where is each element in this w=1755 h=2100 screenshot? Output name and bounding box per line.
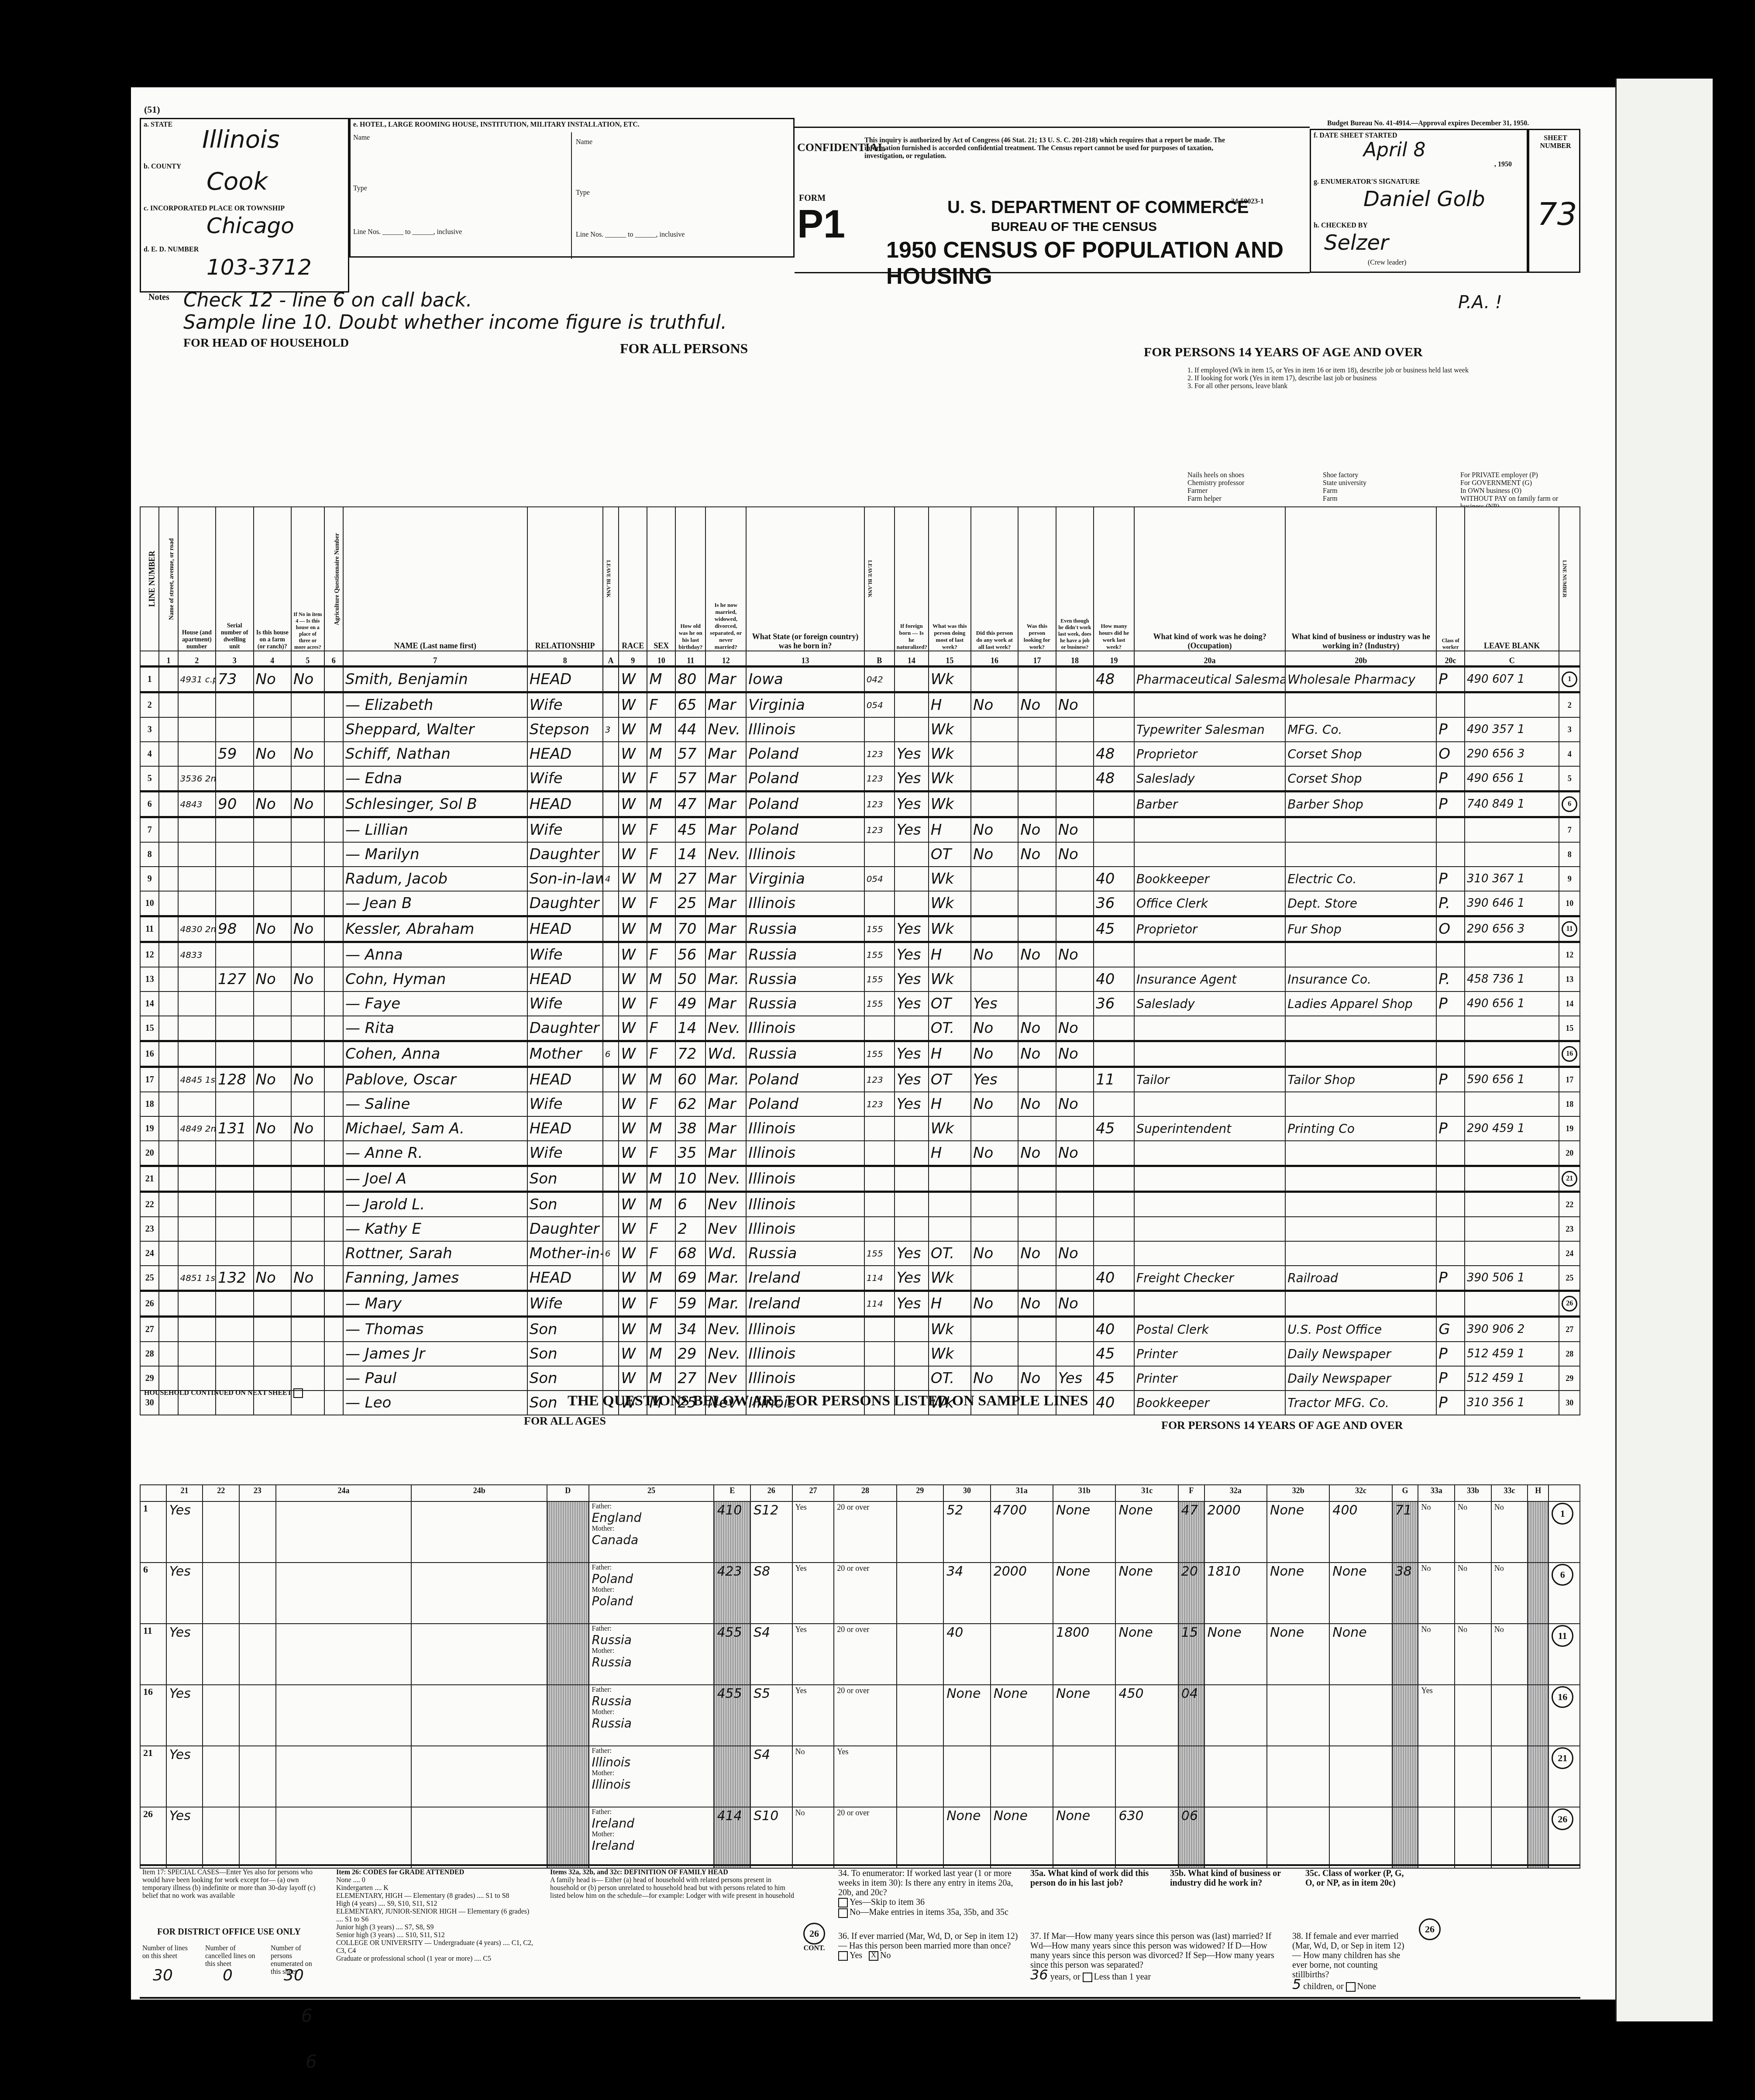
activity[interactable]: Wk bbox=[929, 792, 971, 817]
birthplace[interactable]: Poland bbox=[746, 766, 864, 792]
age[interactable]: 45 bbox=[675, 817, 705, 843]
naturalized[interactable]: Yes bbox=[895, 817, 929, 843]
has-job[interactable] bbox=[1056, 1192, 1094, 1217]
looking-for-work[interactable] bbox=[1018, 792, 1056, 817]
industry[interactable] bbox=[1285, 942, 1436, 967]
occupation[interactable] bbox=[1134, 1041, 1285, 1067]
farm-answer[interactable] bbox=[254, 817, 292, 843]
house-number[interactable]: 4830 2nd fl bbox=[178, 916, 216, 942]
naturalized[interactable]: Yes bbox=[895, 1041, 929, 1067]
state-year-ago[interactable] bbox=[411, 1501, 547, 1563]
race[interactable]: W bbox=[619, 667, 647, 692]
leave-blank-a[interactable] bbox=[603, 1016, 619, 1041]
acres-answer[interactable] bbox=[291, 1217, 324, 1241]
industry[interactable] bbox=[1285, 1291, 1436, 1317]
any-work[interactable]: No bbox=[971, 942, 1018, 967]
looking-for-work[interactable] bbox=[1018, 1217, 1056, 1241]
race[interactable]: W bbox=[619, 1266, 647, 1291]
leave-blank-a[interactable]: 4 bbox=[603, 867, 619, 891]
race[interactable]: W bbox=[619, 1366, 647, 1391]
marital-status[interactable]: Mar. bbox=[705, 1067, 746, 1092]
race[interactable]: W bbox=[619, 916, 647, 942]
acres-answer[interactable] bbox=[291, 1342, 324, 1366]
activity[interactable]: Wk bbox=[929, 1342, 971, 1366]
persons-count[interactable]: 30 bbox=[284, 1966, 304, 1984]
served-ww2[interactable] bbox=[1418, 1746, 1455, 1807]
relationship[interactable]: Mother bbox=[527, 1041, 603, 1067]
activity[interactable] bbox=[929, 1217, 971, 1241]
race[interactable]: W bbox=[619, 1141, 647, 1166]
marital-status[interactable]: Mar bbox=[705, 766, 746, 792]
served-ww2[interactable] bbox=[1418, 1807, 1455, 1868]
relationship[interactable]: Mother-in-law bbox=[527, 1241, 603, 1266]
class-of-worker[interactable]: P bbox=[1436, 867, 1465, 891]
leave-blank-a[interactable]: 6 bbox=[603, 1241, 619, 1266]
hours-worked[interactable]: 45 bbox=[1094, 1116, 1134, 1141]
person-name[interactable]: Fanning, James bbox=[343, 1266, 527, 1291]
activity[interactable]: OT bbox=[929, 842, 971, 867]
house-number[interactable] bbox=[178, 1141, 216, 1166]
agri-number[interactable] bbox=[324, 1217, 343, 1241]
acres-answer[interactable] bbox=[291, 1141, 324, 1166]
street-cell[interactable] bbox=[159, 1217, 178, 1241]
relationship[interactable]: HEAD bbox=[527, 967, 603, 991]
dwelling-serial[interactable]: 132 bbox=[216, 1266, 254, 1291]
relationship[interactable]: Son bbox=[527, 1166, 603, 1192]
agri-number[interactable] bbox=[324, 1192, 343, 1217]
hours-worked[interactable]: 48 bbox=[1094, 766, 1134, 792]
birthplace[interactable]: Iowa bbox=[746, 667, 864, 692]
agri-number[interactable] bbox=[324, 1092, 343, 1116]
household-continued[interactable]: HOUSEHOLD CONTINUED ON NEXT SHEET bbox=[144, 1388, 305, 1398]
state-year-ago[interactable] bbox=[411, 1685, 547, 1746]
relationship[interactable]: Daughter bbox=[527, 1217, 603, 1241]
leave-blank-b[interactable]: 123 bbox=[864, 742, 895, 766]
activity[interactable]: Wk bbox=[929, 891, 971, 916]
farm-answer[interactable] bbox=[254, 891, 292, 916]
class-of-worker[interactable]: P. bbox=[1436, 891, 1465, 916]
same-house-answer[interactable]: Yes bbox=[166, 1685, 203, 1746]
looking-for-work[interactable] bbox=[1018, 766, 1056, 792]
industry[interactable]: Wholesale Pharmacy bbox=[1285, 667, 1436, 692]
house-number[interactable] bbox=[178, 1092, 216, 1116]
acres-answer[interactable] bbox=[291, 692, 324, 718]
activity[interactable]: Wk bbox=[929, 742, 971, 766]
birthplace[interactable]: Russia bbox=[746, 1241, 864, 1266]
occupation[interactable] bbox=[1134, 817, 1285, 843]
dwelling-serial[interactable] bbox=[216, 942, 254, 967]
industry[interactable] bbox=[1285, 1041, 1436, 1067]
same-county-answer[interactable] bbox=[239, 1624, 276, 1685]
marital-status[interactable]: Nev. bbox=[705, 1342, 746, 1366]
acres-answer[interactable]: No bbox=[291, 792, 324, 817]
dwelling-serial[interactable] bbox=[216, 1317, 254, 1342]
weeks-looking[interactable] bbox=[897, 1746, 944, 1807]
class-of-worker[interactable]: P. bbox=[1436, 967, 1465, 991]
agri-number[interactable] bbox=[324, 967, 343, 991]
house-number[interactable] bbox=[178, 717, 216, 742]
class-of-worker[interactable]: G bbox=[1436, 1317, 1465, 1342]
acres-answer[interactable] bbox=[291, 1192, 324, 1217]
house-number[interactable] bbox=[178, 1366, 216, 1391]
sex[interactable]: F bbox=[647, 891, 675, 916]
state-year-ago[interactable] bbox=[411, 1563, 547, 1624]
leave-blank-a[interactable] bbox=[603, 667, 619, 692]
person-name[interactable]: — Jarold L. bbox=[343, 1192, 527, 1217]
leave-blank-b[interactable] bbox=[864, 1317, 895, 1342]
any-work[interactable] bbox=[971, 867, 1018, 891]
q36-yes-checkbox[interactable] bbox=[838, 1951, 848, 1961]
has-job[interactable] bbox=[1056, 766, 1094, 792]
sex[interactable]: F bbox=[647, 692, 675, 718]
birthplace[interactable]: Poland bbox=[746, 817, 864, 843]
weeks-worked[interactable]: None bbox=[943, 1807, 991, 1868]
leave-blank-b[interactable]: 155 bbox=[864, 1241, 895, 1266]
leave-blank-a[interactable] bbox=[603, 1366, 619, 1391]
person-name[interactable]: — Thomas bbox=[343, 1317, 527, 1342]
street-cell[interactable] bbox=[159, 1041, 178, 1067]
any-work[interactable] bbox=[971, 1342, 1018, 1366]
house-number[interactable] bbox=[178, 842, 216, 867]
activity[interactable]: OT bbox=[929, 991, 971, 1016]
relationship[interactable]: Wife bbox=[527, 942, 603, 967]
hours-worked[interactable]: 40 bbox=[1094, 1266, 1134, 1291]
person-name[interactable]: — Leo bbox=[343, 1391, 527, 1415]
leave-blank-a[interactable] bbox=[603, 991, 619, 1016]
class-of-worker[interactable]: O bbox=[1436, 916, 1465, 942]
has-job[interactable] bbox=[1056, 1342, 1094, 1366]
activity[interactable]: H bbox=[929, 1041, 971, 1067]
industry[interactable]: Railroad bbox=[1285, 1266, 1436, 1291]
farm-answer[interactable] bbox=[254, 1317, 292, 1342]
occupation[interactable]: Barber bbox=[1134, 792, 1285, 817]
sex[interactable]: M bbox=[647, 1067, 675, 1092]
occupation[interactable] bbox=[1134, 1291, 1285, 1317]
sex[interactable]: M bbox=[647, 1116, 675, 1141]
marital-status[interactable]: Mar bbox=[705, 916, 746, 942]
occupation[interactable]: Printer bbox=[1134, 1366, 1285, 1391]
dwelling-serial[interactable] bbox=[216, 766, 254, 792]
looking-for-work[interactable]: No bbox=[1018, 1016, 1056, 1041]
age[interactable]: 80 bbox=[675, 667, 705, 692]
house-number[interactable] bbox=[178, 1241, 216, 1266]
street-cell[interactable] bbox=[159, 717, 178, 742]
agri-number[interactable] bbox=[324, 1016, 343, 1041]
age[interactable]: 59 bbox=[675, 1291, 705, 1317]
activity[interactable]: OT. bbox=[929, 1366, 971, 1391]
county-value[interactable]: Cook bbox=[206, 167, 268, 196]
farm-answer[interactable] bbox=[254, 717, 292, 742]
street-cell[interactable] bbox=[159, 667, 178, 692]
race[interactable]: W bbox=[619, 742, 647, 766]
race[interactable]: W bbox=[619, 1291, 647, 1317]
house-number[interactable] bbox=[178, 1192, 216, 1217]
person-name[interactable]: — Mary bbox=[343, 1291, 527, 1317]
relatives-wages[interactable] bbox=[1204, 1807, 1267, 1868]
activity[interactable]: Wk bbox=[929, 967, 971, 991]
has-job[interactable] bbox=[1056, 867, 1094, 891]
same-house-answer[interactable]: Yes bbox=[166, 1807, 203, 1868]
age[interactable]: 14 bbox=[675, 1016, 705, 1041]
dwelling-serial[interactable] bbox=[216, 717, 254, 742]
house-number[interactable] bbox=[178, 1016, 216, 1041]
class-of-worker[interactable]: P bbox=[1436, 1266, 1465, 1291]
hours-worked[interactable] bbox=[1094, 1241, 1134, 1266]
house-number[interactable]: 4845 1st fl bbox=[178, 1067, 216, 1092]
father-birthplace[interactable]: Russia bbox=[592, 1694, 711, 1708]
relatives-business-income[interactable]: None bbox=[1267, 1624, 1329, 1685]
house-number[interactable] bbox=[178, 1291, 216, 1317]
dwelling-serial[interactable]: 98 bbox=[216, 916, 254, 942]
age[interactable]: 27 bbox=[675, 1366, 705, 1391]
birthplace[interactable]: Illinois bbox=[746, 1317, 864, 1342]
age[interactable]: 50 bbox=[675, 967, 705, 991]
naturalized[interactable]: Yes bbox=[895, 1067, 929, 1092]
age[interactable]: 44 bbox=[675, 717, 705, 742]
industry[interactable]: Ladies Apparel Shop bbox=[1285, 991, 1436, 1016]
occupation[interactable]: Proprietor bbox=[1134, 916, 1285, 942]
sex[interactable]: F bbox=[647, 817, 675, 843]
finished-grade[interactable]: Yes bbox=[792, 1624, 834, 1685]
relationship[interactable]: Wife bbox=[527, 692, 603, 718]
farm-answer[interactable] bbox=[254, 1141, 292, 1166]
marital-status[interactable]: Nev bbox=[705, 1217, 746, 1241]
activity[interactable]: Wk bbox=[929, 1266, 971, 1291]
any-work[interactable]: Yes bbox=[971, 1067, 1018, 1092]
dwelling-serial[interactable] bbox=[216, 991, 254, 1016]
has-job[interactable] bbox=[1056, 667, 1094, 692]
naturalized[interactable] bbox=[895, 692, 929, 718]
finished-grade[interactable]: No bbox=[792, 1807, 834, 1868]
sex[interactable]: M bbox=[647, 742, 675, 766]
weeks-worked[interactable]: 52 bbox=[943, 1501, 991, 1563]
person-name[interactable]: — Marilyn bbox=[343, 842, 527, 867]
looking-for-work[interactable]: No bbox=[1018, 942, 1056, 967]
weeks-looking[interactable] bbox=[897, 1807, 944, 1868]
occupation[interactable]: Pharmaceutical Salesman bbox=[1134, 667, 1285, 692]
hours-worked[interactable] bbox=[1094, 792, 1134, 817]
mother-birthplace[interactable]: Poland bbox=[592, 1594, 711, 1608]
age[interactable]: 72 bbox=[675, 1041, 705, 1067]
class-of-worker[interactable]: P bbox=[1436, 792, 1465, 817]
activity[interactable]: Wk bbox=[929, 916, 971, 942]
leave-blank-a[interactable] bbox=[603, 1266, 619, 1291]
person-name[interactable]: Michael, Sam A. bbox=[343, 1116, 527, 1141]
other-income[interactable]: None bbox=[1115, 1501, 1178, 1563]
race[interactable]: W bbox=[619, 867, 647, 891]
same-house-answer[interactable]: Yes bbox=[166, 1624, 203, 1685]
served-ww1[interactable]: No bbox=[1455, 1501, 1491, 1563]
sex[interactable]: M bbox=[647, 1342, 675, 1366]
industry[interactable]: Fur Shop bbox=[1285, 916, 1436, 942]
farm-year-ago-answer[interactable] bbox=[203, 1746, 239, 1807]
dwelling-serial[interactable] bbox=[216, 1192, 254, 1217]
looking-for-work[interactable]: No bbox=[1018, 1041, 1056, 1067]
any-work[interactable]: No bbox=[971, 1016, 1018, 1041]
activity[interactable]: OT. bbox=[929, 1241, 971, 1266]
naturalized[interactable] bbox=[895, 867, 929, 891]
same-house-answer[interactable]: Yes bbox=[166, 1501, 203, 1563]
county-year-ago[interactable] bbox=[276, 1746, 412, 1807]
highest-grade[interactable]: S12 bbox=[750, 1501, 792, 1563]
marital-status[interactable]: Mar bbox=[705, 817, 746, 843]
race[interactable]: W bbox=[619, 1317, 647, 1342]
age[interactable]: 57 bbox=[675, 766, 705, 792]
class-of-worker[interactable] bbox=[1436, 1217, 1465, 1241]
has-job[interactable] bbox=[1056, 792, 1094, 817]
any-work[interactable] bbox=[971, 1166, 1018, 1192]
marital-status[interactable]: Mar. bbox=[705, 967, 746, 991]
age[interactable]: 14 bbox=[675, 842, 705, 867]
finished-grade[interactable]: Yes bbox=[792, 1685, 834, 1746]
other-income[interactable]: None bbox=[1115, 1563, 1178, 1624]
age[interactable]: 38 bbox=[675, 1116, 705, 1141]
class-of-worker[interactable] bbox=[1436, 1141, 1465, 1166]
finished-grade[interactable]: No bbox=[792, 1746, 834, 1807]
agri-number[interactable] bbox=[324, 991, 343, 1016]
occupation[interactable] bbox=[1134, 1141, 1285, 1166]
activity[interactable]: H bbox=[929, 942, 971, 967]
highest-grade[interactable]: S10 bbox=[750, 1807, 792, 1868]
farm-answer[interactable] bbox=[254, 867, 292, 891]
leave-blank-b[interactable]: 123 bbox=[864, 817, 895, 843]
any-work[interactable]: No bbox=[971, 1241, 1018, 1266]
agri-number[interactable] bbox=[324, 916, 343, 942]
age[interactable]: 68 bbox=[675, 1241, 705, 1266]
occupation[interactable]: Tailor bbox=[1134, 1067, 1285, 1092]
relatives-business-income[interactable]: None bbox=[1267, 1501, 1329, 1563]
street-cell[interactable] bbox=[159, 1342, 178, 1366]
sex[interactable]: F bbox=[647, 942, 675, 967]
house-number[interactable] bbox=[178, 1342, 216, 1366]
class-of-worker[interactable] bbox=[1436, 1041, 1465, 1067]
attended-school[interactable]: Yes bbox=[834, 1746, 896, 1807]
agri-number[interactable] bbox=[324, 1317, 343, 1342]
birthplace[interactable]: Illinois bbox=[746, 1116, 864, 1141]
acres-answer[interactable]: No bbox=[291, 1266, 324, 1291]
any-work[interactable] bbox=[971, 967, 1018, 991]
relationship[interactable]: HEAD bbox=[527, 916, 603, 942]
dwelling-serial[interactable]: 73 bbox=[216, 667, 254, 692]
agri-number[interactable] bbox=[324, 792, 343, 817]
class-of-worker[interactable] bbox=[1436, 1166, 1465, 1192]
county-year-ago[interactable] bbox=[276, 1563, 412, 1624]
agri-number[interactable] bbox=[324, 942, 343, 967]
leave-blank-a[interactable] bbox=[603, 1342, 619, 1366]
naturalized[interactable]: Yes bbox=[895, 1266, 929, 1291]
dwelling-serial[interactable]: 59 bbox=[216, 742, 254, 766]
race[interactable]: W bbox=[619, 1116, 647, 1141]
birthplace[interactable]: Poland bbox=[746, 792, 864, 817]
parents-birthplace[interactable]: Father:RussiaMother:Russia bbox=[589, 1624, 714, 1685]
industry[interactable]: Tractor MFG. Co. bbox=[1285, 1391, 1436, 1415]
naturalized[interactable] bbox=[895, 1166, 929, 1192]
class-of-worker[interactable]: P bbox=[1436, 1391, 1465, 1415]
dwelling-serial[interactable] bbox=[216, 1366, 254, 1391]
house-number[interactable]: 4843 bbox=[178, 792, 216, 817]
acres-answer[interactable]: No bbox=[291, 742, 324, 766]
marital-status[interactable]: Wd. bbox=[705, 1041, 746, 1067]
street-cell[interactable] bbox=[159, 766, 178, 792]
q34-no-checkbox[interactable] bbox=[838, 1908, 848, 1918]
leave-blank-b[interactable] bbox=[864, 891, 895, 916]
industry[interactable]: Electric Co. bbox=[1285, 867, 1436, 891]
sex[interactable]: F bbox=[647, 1291, 675, 1317]
agri-number[interactable] bbox=[324, 1291, 343, 1317]
house-number[interactable]: 4851 1st fl bbox=[178, 1266, 216, 1291]
relationship[interactable]: HEAD bbox=[527, 1116, 603, 1141]
parents-birthplace[interactable]: Father:RussiaMother:Russia bbox=[589, 1685, 714, 1746]
state-year-ago[interactable] bbox=[411, 1624, 547, 1685]
other-income[interactable]: 450 bbox=[1115, 1685, 1178, 1746]
race[interactable]: W bbox=[619, 1166, 647, 1192]
other-income[interactable]: 630 bbox=[1115, 1807, 1178, 1868]
activity[interactable]: OT. bbox=[929, 1016, 971, 1041]
any-work[interactable] bbox=[971, 1116, 1018, 1141]
industry[interactable]: Corset Shop bbox=[1285, 766, 1436, 792]
looking-for-work[interactable] bbox=[1018, 991, 1056, 1016]
occupation[interactable] bbox=[1134, 1016, 1285, 1041]
wages-income[interactable]: None bbox=[991, 1685, 1053, 1746]
looking-for-work[interactable]: No bbox=[1018, 1366, 1056, 1391]
q34-yes-checkbox[interactable] bbox=[838, 1898, 848, 1907]
relationship[interactable]: Wife bbox=[527, 1092, 603, 1116]
marital-status[interactable]: Mar bbox=[705, 991, 746, 1016]
farm-answer[interactable]: No bbox=[254, 1266, 292, 1291]
age[interactable]: 27 bbox=[675, 867, 705, 891]
marital-status[interactable]: Nev. bbox=[705, 1016, 746, 1041]
sex[interactable]: F bbox=[647, 991, 675, 1016]
age[interactable]: 10 bbox=[675, 1166, 705, 1192]
hours-worked[interactable] bbox=[1094, 1041, 1134, 1067]
agri-number[interactable] bbox=[324, 842, 343, 867]
acres-answer[interactable]: No bbox=[291, 1067, 324, 1092]
leave-blank-a[interactable] bbox=[603, 1217, 619, 1241]
agri-number[interactable] bbox=[324, 1141, 343, 1166]
occupation[interactable] bbox=[1134, 692, 1285, 718]
any-work[interactable] bbox=[971, 1217, 1018, 1241]
enumerator-signature[interactable]: Daniel Golb bbox=[1363, 187, 1485, 211]
leave-blank-a[interactable] bbox=[603, 1141, 619, 1166]
acres-answer[interactable] bbox=[291, 991, 324, 1016]
race[interactable]: W bbox=[619, 1192, 647, 1217]
naturalized[interactable] bbox=[895, 1192, 929, 1217]
wages-income[interactable]: 4700 bbox=[991, 1501, 1053, 1563]
has-job[interactable] bbox=[1056, 1116, 1094, 1141]
dwelling-serial[interactable] bbox=[216, 1217, 254, 1241]
served-ww2[interactable]: No bbox=[1418, 1501, 1455, 1563]
leave-blank-a[interactable] bbox=[603, 1067, 619, 1092]
served-ww1[interactable] bbox=[1455, 1685, 1491, 1746]
hours-worked[interactable] bbox=[1094, 1141, 1134, 1166]
hours-worked[interactable] bbox=[1094, 1092, 1134, 1116]
county-year-ago[interactable] bbox=[276, 1685, 412, 1746]
has-job[interactable] bbox=[1056, 717, 1094, 742]
person-name[interactable]: Radum, Jacob bbox=[343, 867, 527, 891]
birthplace[interactable]: Russia bbox=[746, 942, 864, 967]
leave-blank-a[interactable] bbox=[603, 817, 619, 843]
occupation[interactable]: Saleslady bbox=[1134, 766, 1285, 792]
activity[interactable]: H bbox=[929, 692, 971, 718]
dwelling-serial[interactable] bbox=[216, 1342, 254, 1366]
hours-worked[interactable]: 45 bbox=[1094, 916, 1134, 942]
birthplace[interactable]: Poland bbox=[746, 742, 864, 766]
state-value[interactable]: Illinois bbox=[202, 125, 280, 154]
has-job[interactable] bbox=[1056, 916, 1094, 942]
leave-blank-b[interactable] bbox=[864, 1016, 895, 1041]
age[interactable]: 35 bbox=[675, 1141, 705, 1166]
dwelling-serial[interactable]: 90 bbox=[216, 792, 254, 817]
